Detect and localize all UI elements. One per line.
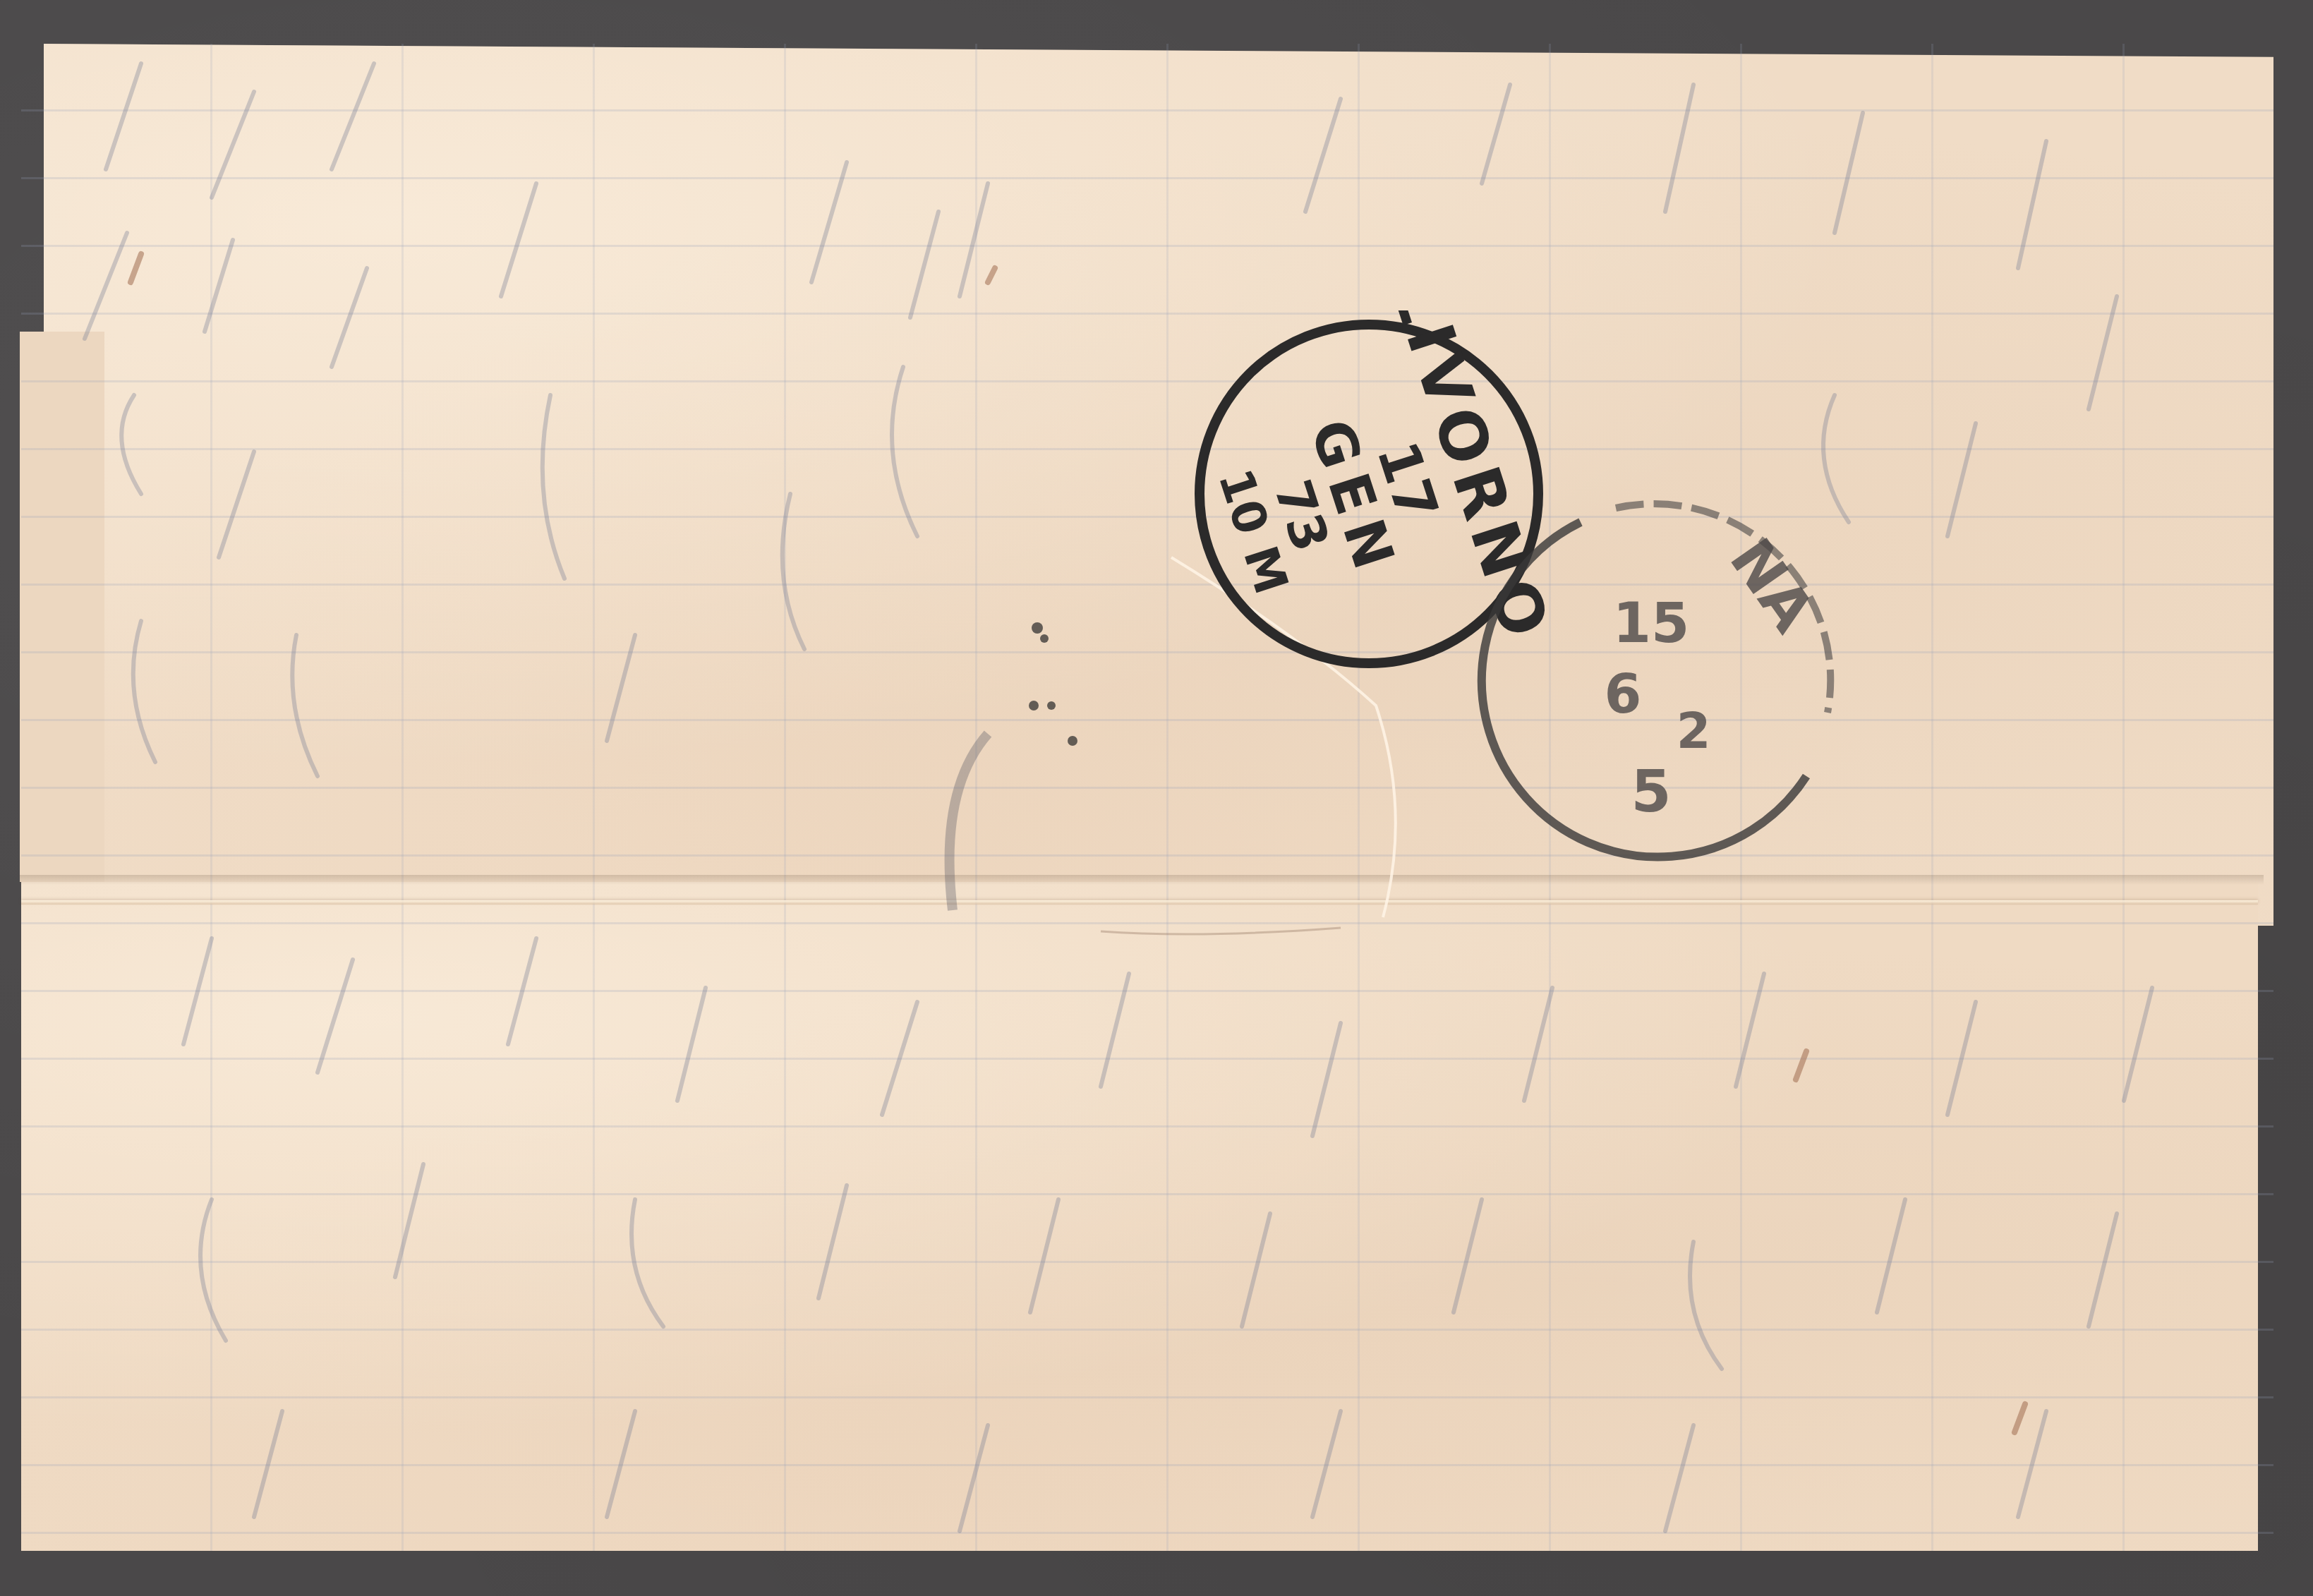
horizontal-fold-crease [21,900,2258,905]
flap-edge-shadow [20,875,2264,885]
letter-top-panel [44,44,2273,926]
folded-letter: LIVORNO 17 GEN 73 10 M NA 15 6 2 5 [0,0,2313,1596]
letter-bottom-panel [21,882,2258,1551]
letter-left-flap [20,332,104,882]
